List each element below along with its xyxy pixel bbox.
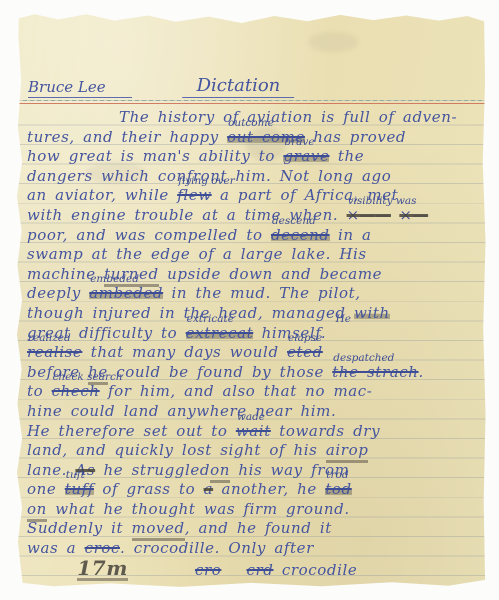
handwritten-line: though injured in the head, managed with — [27, 303, 484, 323]
word-run: deeply — [27, 283, 89, 303]
teacher-marked-word: ×— — [399, 205, 428, 225]
word-run — [221, 560, 246, 580]
struck-out-word: realiserealized — [27, 342, 82, 362]
teacher-marked-word: ×——visibility was — [347, 205, 391, 225]
word-run: has proved — [305, 127, 406, 147]
word-run: how great is man's ability to — [27, 146, 283, 166]
word-run: one — [27, 479, 65, 499]
struck-out-word: flewflying over — [177, 185, 211, 205]
handwritten-line: land, and quickly lost sight of his airo… — [27, 440, 484, 460]
teacher-marked-word: with — [354, 303, 390, 323]
word-run: in the mud. The pilot, — [163, 283, 360, 303]
word-run — [128, 560, 195, 580]
struck-out-word: waitwade — [236, 421, 271, 441]
handwritten-line: realiserealized that many days would ete… — [27, 342, 484, 362]
word-run: tures, and their happy — [27, 127, 227, 147]
word-run: Suddenly it — [27, 518, 132, 538]
word-run — [391, 205, 399, 225]
word-run: an aviator, while — [27, 185, 177, 205]
word-run: poor, and was compelled to — [27, 225, 271, 245]
author-name: Bruce Lee — [28, 78, 132, 98]
struck-out-word: crd — [246, 560, 273, 580]
handwritten-line: to chechcheck search for him, and also t… — [27, 381, 484, 401]
handwritten-line: with engine trouble at a time when. ×——v… — [27, 205, 484, 225]
word-run: The history of aviation is full of adven… — [119, 107, 457, 127]
word-run: he struggled — [95, 460, 210, 480]
struck-out-word: decenddescend — [271, 225, 330, 245]
inserted-correction: outcome — [228, 118, 274, 128]
word-run: of grass to — [94, 479, 204, 499]
word-run: land, and quickly lost sight of his — [27, 440, 326, 460]
inserted-correction: trod — [326, 470, 348, 480]
page-header: Bruce Lee Dictation — [26, 74, 478, 98]
word-run — [27, 560, 77, 580]
inserted-correction: wade — [237, 412, 265, 422]
word-run: to — [27, 381, 52, 401]
inserted-correction: embeded — [90, 274, 139, 284]
word-run: could be found by those — [108, 362, 332, 382]
word-run: was a — [27, 538, 85, 558]
handwritten-line: on what he thought was firm ground. — [27, 499, 484, 519]
handwritten-line: deeply ambededembeded in the mud. The pi… — [27, 283, 484, 303]
inserted-correction: brave — [284, 137, 314, 147]
word-run: towards dry — [271, 421, 380, 441]
word-run: swamp at the edge of a large lake. His — [27, 244, 367, 264]
handwritten-line: 17m cro crd crocodile — [27, 558, 484, 578]
printed-head-rule-red — [16, 103, 486, 104]
pencil-smudge — [308, 32, 358, 52]
teacher-marked-word: a — [204, 479, 214, 499]
struck-out-word: todtrod — [325, 479, 351, 499]
screenshot-root: { "document": { "author": "Bruce Lee", "… — [0, 0, 499, 600]
struck-out-word: extrecatextricate — [186, 323, 254, 343]
handwritten-line: poor, and was compelled to decenddescend… — [27, 225, 484, 245]
inserted-correction: elapse — [288, 333, 322, 343]
word-run: . crocodille. Only after — [120, 538, 314, 558]
word-run: for him, and also that no mac- — [100, 381, 373, 401]
word-run: another, he — [213, 479, 325, 499]
handwritten-line: He therefore set out to waitwade towards… — [27, 421, 484, 441]
handwritten-line: tures, and their happy out comeoutcome h… — [27, 127, 484, 147]
word-run: the — [329, 146, 364, 166]
struck-out-word: etedelapse — [287, 342, 323, 362]
notebook-page: Bruce Lee Dictation The history of aviat… — [16, 12, 486, 588]
inserted-correction: He — [336, 314, 351, 324]
teacher-marked-word: 17m — [77, 558, 128, 581]
word-run: hine could land anywhere near him. — [27, 401, 336, 421]
struck-out-word: tufftuft — [65, 479, 94, 499]
handwritten-line: lane. As he struggledon his way from — [27, 460, 484, 480]
word-run: upside down and became — [159, 264, 382, 284]
struck-out-word: the strachdespatched — [332, 362, 418, 382]
word-run: He — [335, 323, 343, 343]
struck-out-word: gravebrave — [283, 146, 329, 166]
page-title: Dictation — [183, 75, 295, 98]
handwritten-line: one tufftuft of grass to a another, he t… — [27, 479, 484, 499]
handwritten-line: great difficulty to extrecatextricate hi… — [27, 323, 484, 343]
inserted-correction: descend — [272, 216, 316, 226]
handwritten-line: Suddenly it moved, and he found it — [27, 518, 484, 538]
manuscript-body: The history of aviation is full of adven… — [27, 107, 484, 577]
word-run: what he thought was firm ground. — [47, 499, 350, 519]
struck-out-word: ambededembeded — [89, 283, 163, 303]
word-run: . — [419, 362, 424, 382]
handwritten-line: swamp at the edge of a large lake. His — [27, 244, 484, 264]
word-run: , and he found it — [185, 518, 332, 538]
struck-out-word: chechcheck search — [52, 381, 100, 401]
handwritten-line: was a croc. crocodille. Only after — [27, 538, 484, 558]
handwritten-line: dangers which confront him. Not long ago — [27, 166, 484, 186]
word-run: in a — [330, 225, 372, 245]
inserted-correction: realized — [28, 333, 71, 343]
word-run: crocodile — [273, 560, 357, 580]
word-run: that many days would — [82, 342, 287, 362]
inserted-correction: extricate — [187, 314, 234, 324]
printed-head-rule-blue — [16, 100, 486, 101]
struck-out-word: cro — [195, 560, 221, 580]
word-run: He therefore set out to — [27, 421, 236, 441]
handwritten-line: how great is man's ability to gravebrave… — [27, 146, 484, 166]
inserted-correction: despatched — [333, 353, 394, 363]
inserted-correction: tuft — [66, 470, 85, 480]
